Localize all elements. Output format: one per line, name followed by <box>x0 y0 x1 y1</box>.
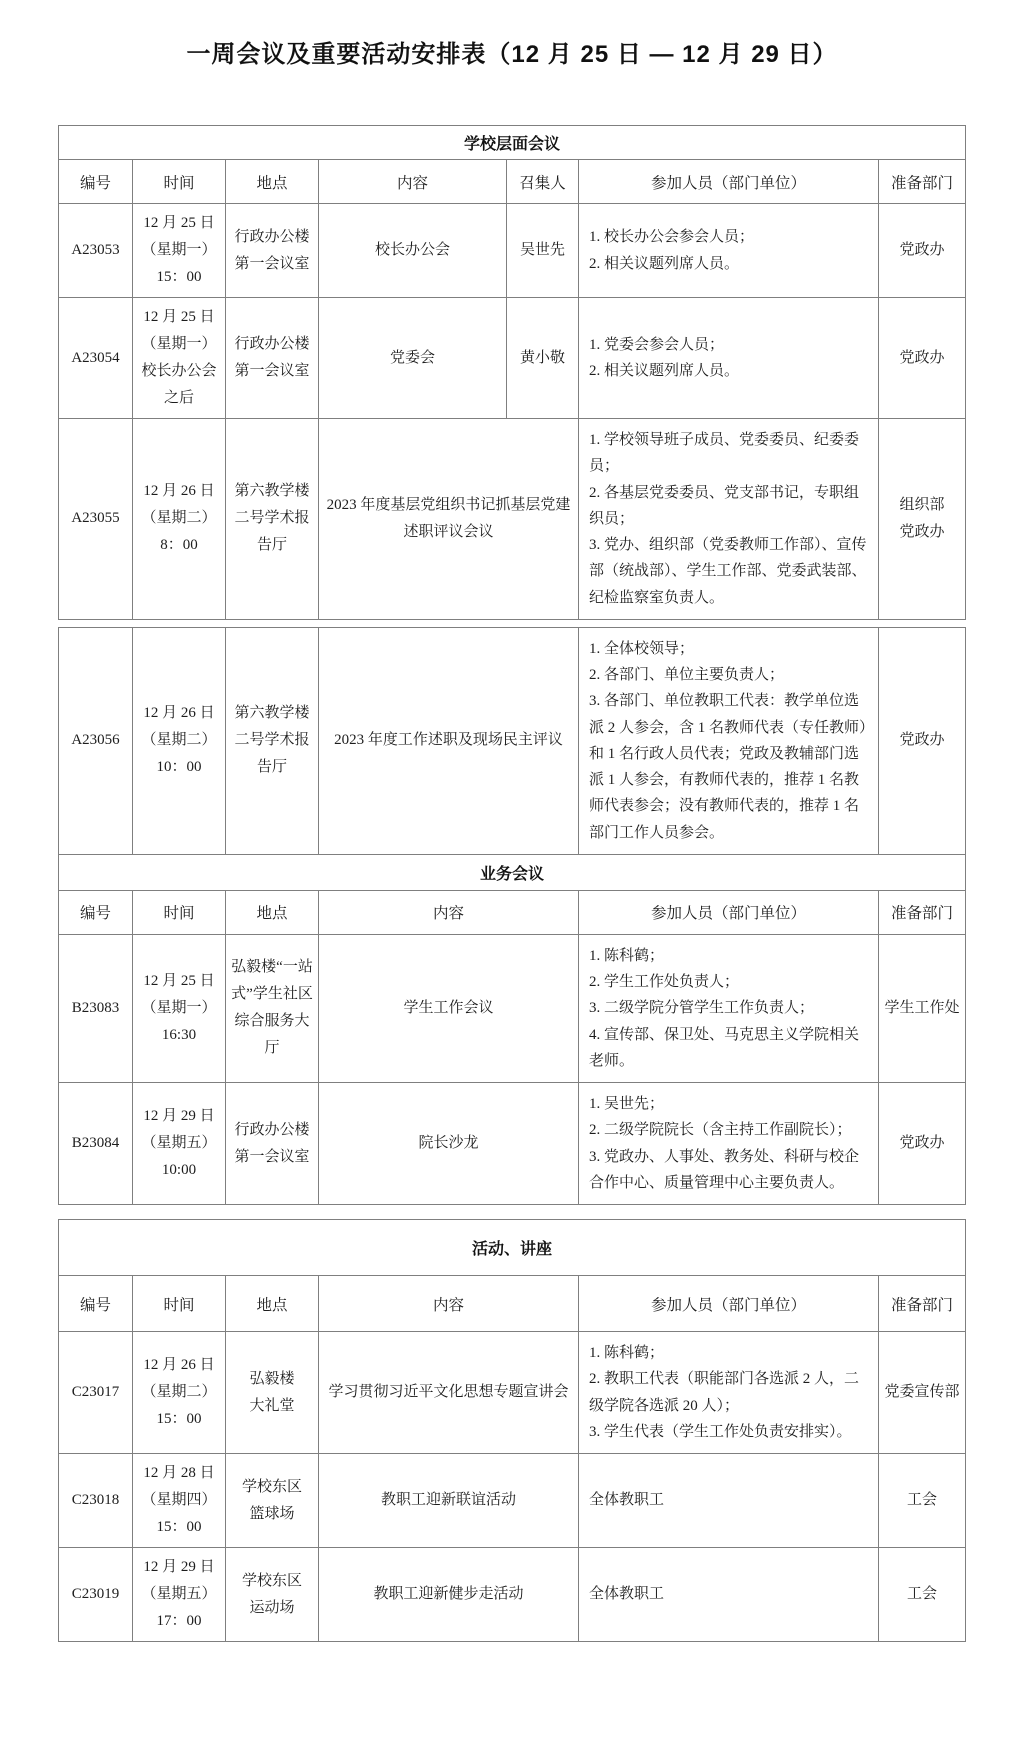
cell-time: 12 月 28 日 （星期四） 15：00 <box>133 1454 226 1548</box>
cell-content: 2023 年度工作述职及现场民主评议 <box>319 627 579 854</box>
cell-place: 行政办公楼第一会议室 <box>226 1083 319 1205</box>
section-row: 业务会议 <box>59 854 966 890</box>
header-participants: 参加人员（部门单位） <box>579 1276 879 1332</box>
cell-time: 12 月 29 日 （星期五） 17：00 <box>133 1548 226 1642</box>
cell-participants: 全体教职工 <box>579 1548 879 1642</box>
header-row: 编号 时间 地点 内容 参加人员（部门单位） 准备部门 <box>59 1276 966 1332</box>
header-prep: 准备部门 <box>879 1276 966 1332</box>
cell-time: 12 月 25 日 （星期一） 15：00 <box>133 204 226 298</box>
header-id: 编号 <box>59 1276 133 1332</box>
header-content: 内容 <box>319 1276 579 1332</box>
header-id: 编号 <box>59 890 133 934</box>
cell-content: 教职工迎新健步走活动 <box>319 1548 579 1642</box>
cell-time: 12 月 25 日 （星期一） 校长办公会 之后 <box>133 298 226 419</box>
header-place: 地点 <box>226 1276 319 1332</box>
cell-participants: 1. 全体校领导； 2. 各部门、单位主要负责人； 3. 各部门、单位教职工代表… <box>579 627 879 854</box>
cell-prep: 党政办 <box>879 627 966 854</box>
header-time: 时间 <box>133 890 226 934</box>
header-participants: 参加人员（部门单位） <box>579 890 879 934</box>
table-row: B23084 12 月 29 日 （星期五） 10:00 行政办公楼第一会议室 … <box>59 1083 966 1205</box>
header-prep: 准备部门 <box>879 160 966 204</box>
section-title-business: 业务会议 <box>59 854 966 890</box>
cell-id: A23056 <box>59 627 133 854</box>
cell-participants: 1. 校长办公会参会人员； 2. 相关议题列席人员。 <box>579 204 879 298</box>
table-row: A23055 12 月 26 日 （星期二） 8：00 第六教学楼二号学术报告厅… <box>59 419 966 620</box>
cell-place: 学校东区 篮球场 <box>226 1454 319 1548</box>
cell-prep: 组织部 党政办 <box>879 419 966 620</box>
cell-content: 党委会 <box>319 298 507 419</box>
cell-place: 弘毅楼“一站式”学生社区综合服务大厅 <box>226 934 319 1082</box>
cell-id: B23083 <box>59 934 133 1082</box>
cell-id: A23053 <box>59 204 133 298</box>
business-meetings-table: A23056 12 月 26 日 （星期二） 10：00 第六教学楼二号学术报告… <box>58 627 966 1205</box>
section-title-activities: 活动、讲座 <box>59 1220 966 1276</box>
cell-place: 第六教学楼二号学术报告厅 <box>226 627 319 854</box>
cell-time: 12 月 25 日 （星期一） 16:30 <box>133 934 226 1082</box>
cell-participants: 1. 吴世先； 2. 二级学院院长（含主持工作副院长）； 3. 党政办、人事处、… <box>579 1083 879 1205</box>
cell-participants: 1. 陈科鹤； 2. 学生工作处负责人； 3. 二级学院分管学生工作负责人； 4… <box>579 934 879 1082</box>
cell-prep: 党政办 <box>879 298 966 419</box>
cell-prep: 学生工作处 <box>879 934 966 1082</box>
header-content: 内容 <box>319 890 579 934</box>
table-row: C23019 12 月 29 日 （星期五） 17：00 学校东区 运动场 教职… <box>59 1548 966 1642</box>
header-content: 内容 <box>319 160 507 204</box>
cell-content: 校长办公会 <box>319 204 507 298</box>
document-page: 一周会议及重要活动安排表（12 月 25 日 — 12 月 29 日） 学校层面… <box>0 0 1024 1760</box>
cell-place: 行政办公楼第一会议室 <box>226 204 319 298</box>
header-prep: 准备部门 <box>879 890 966 934</box>
header-time: 时间 <box>133 160 226 204</box>
cell-convener: 黄小敬 <box>507 298 579 419</box>
cell-content: 学生工作会议 <box>319 934 579 1082</box>
table-row: C23017 12 月 26 日 （星期二） 15：00 弘毅楼 大礼堂 学习贯… <box>59 1332 966 1454</box>
cell-participants: 1. 党委会参会人员； 2. 相关议题列席人员。 <box>579 298 879 419</box>
cell-id: A23054 <box>59 298 133 419</box>
cell-id: C23019 <box>59 1548 133 1642</box>
cell-id: C23017 <box>59 1332 133 1454</box>
header-convener: 召集人 <box>507 160 579 204</box>
header-id: 编号 <box>59 160 133 204</box>
table-row: A23054 12 月 25 日 （星期一） 校长办公会 之后 行政办公楼第一会… <box>59 298 966 419</box>
cell-place: 弘毅楼 大礼堂 <box>226 1332 319 1454</box>
section-row: 学校层面会议 <box>59 126 966 160</box>
cell-content: 院长沙龙 <box>319 1083 579 1205</box>
cell-convener: 吴世先 <box>507 204 579 298</box>
header-time: 时间 <box>133 1276 226 1332</box>
header-participants: 参加人员（部门单位） <box>579 160 879 204</box>
cell-id: B23084 <box>59 1083 133 1205</box>
page-title: 一周会议及重要活动安排表（12 月 25 日 — 12 月 29 日） <box>0 0 1024 69</box>
section-row: 活动、讲座 <box>59 1220 966 1276</box>
table-row: C23018 12 月 28 日 （星期四） 15：00 学校东区 篮球场 教职… <box>59 1454 966 1548</box>
activities-table: 活动、讲座 编号 时间 地点 内容 参加人员（部门单位） 准备部门 C23017… <box>58 1219 966 1642</box>
cell-participants: 1. 陈科鹤； 2. 教职工代表（职能部门各选派 2 人，二级学院各选派 20 … <box>579 1332 879 1454</box>
header-row: 编号 时间 地点 内容 召集人 参加人员（部门单位） 准备部门 <box>59 160 966 204</box>
cell-content: 学习贯彻习近平文化思想专题宣讲会 <box>319 1332 579 1454</box>
header-row: 编号 时间 地点 内容 参加人员（部门单位） 准备部门 <box>59 890 966 934</box>
cell-place: 行政办公楼第一会议室 <box>226 298 319 419</box>
cell-content: 教职工迎新联谊活动 <box>319 1454 579 1548</box>
table-row: B23083 12 月 25 日 （星期一） 16:30 弘毅楼“一站式”学生社… <box>59 934 966 1082</box>
cell-participants: 1. 学校领导班子成员、党委委员、纪委委员； 2. 各基层党委委员、党支部书记，… <box>579 419 879 620</box>
cell-time: 12 月 29 日 （星期五） 10:00 <box>133 1083 226 1205</box>
cell-prep: 党委宣传部 <box>879 1332 966 1454</box>
cell-content: 2023 年度基层党组织书记抓基层党建述职评议会议 <box>319 419 579 620</box>
school-meetings-table: 学校层面会议 编号 时间 地点 内容 召集人 参加人员（部门单位） 准备部门 A… <box>58 125 966 620</box>
header-place: 地点 <box>226 890 319 934</box>
section-title-school: 学校层面会议 <box>59 126 966 160</box>
table-row: A23053 12 月 25 日 （星期一） 15：00 行政办公楼第一会议室 … <box>59 204 966 298</box>
cell-place: 第六教学楼二号学术报告厅 <box>226 419 319 620</box>
cell-participants: 全体教职工 <box>579 1454 879 1548</box>
cell-prep: 工会 <box>879 1454 966 1548</box>
cell-place: 学校东区 运动场 <box>226 1548 319 1642</box>
cell-id: A23055 <box>59 419 133 620</box>
cell-time: 12 月 26 日 （星期二） 8：00 <box>133 419 226 620</box>
cell-time: 12 月 26 日 （星期二） 15：00 <box>133 1332 226 1454</box>
cell-time: 12 月 26 日 （星期二） 10：00 <box>133 627 226 854</box>
table-row: A23056 12 月 26 日 （星期二） 10：00 第六教学楼二号学术报告… <box>59 627 966 854</box>
cell-prep: 工会 <box>879 1548 966 1642</box>
cell-id: C23018 <box>59 1454 133 1548</box>
cell-prep: 党政办 <box>879 204 966 298</box>
header-place: 地点 <box>226 160 319 204</box>
cell-prep: 党政办 <box>879 1083 966 1205</box>
